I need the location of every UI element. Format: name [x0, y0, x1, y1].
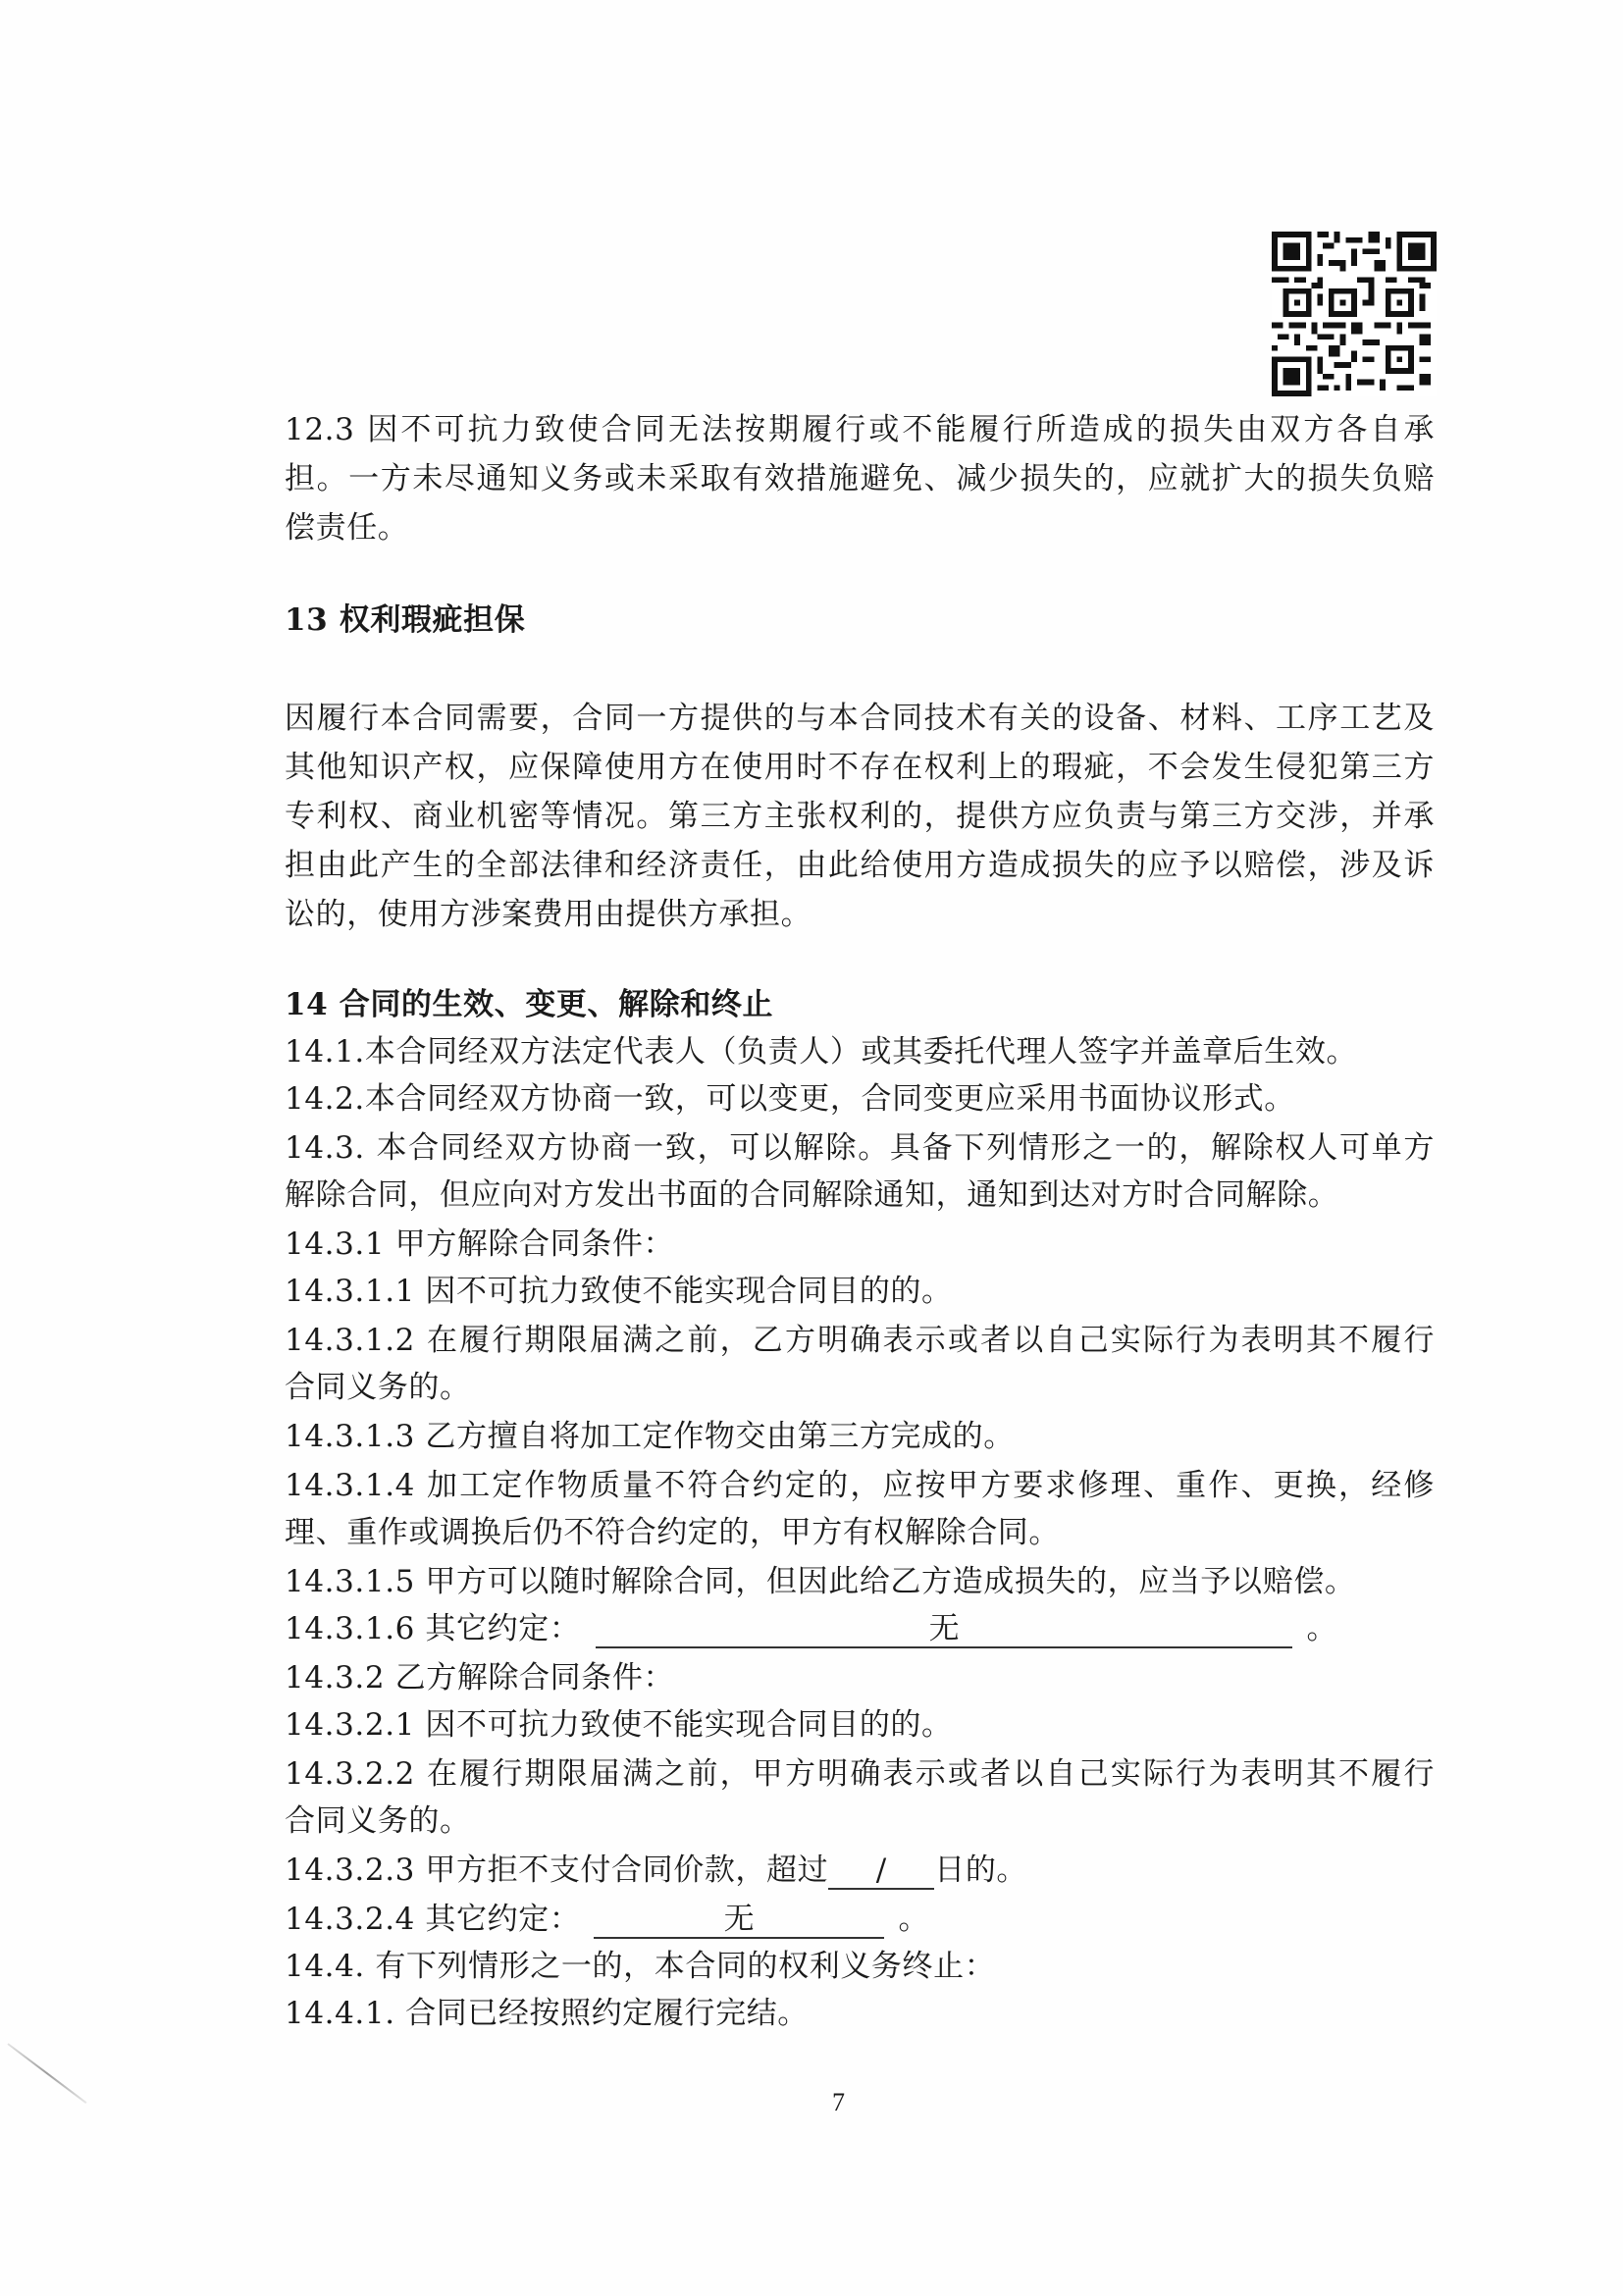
clause-14-3-1-4-line-1: 14.3.1.4 加工定作物质量不符合约定的，应按甲方要求修理、重作、更换，经修: [285, 1466, 1435, 1505]
section-14-heading: 14 合同的生效、变更、解除和终止: [285, 985, 773, 1024]
clause-12-3-line-2: 担。一方未尽通知义务或未采取有效措施避免、减少损失的，应就扩大的损失负赔: [285, 459, 1435, 498]
clause-14-3-line-1: 14.3. 本合同经双方协商一致，可以解除。具备下列情形之一的，解除权人可单方: [285, 1128, 1435, 1168]
section-13-line-2: 其他知识产权，应保障使用方在使用时不存在权利上的瑕疵，不会发生侵犯第三方: [285, 748, 1435, 787]
other-terms-party-a-field[interactable]: 无: [596, 1611, 1292, 1648]
section-13-line-1: 因履行本合同需要，合同一方提供的与本合同技术有关的设备、材料、工序工艺及: [285, 699, 1435, 738]
clause-14-1: 14.1.本合同经双方法定代表人（负责人）或其委托代理人签字并盖章后生效。: [285, 1032, 1357, 1071]
clause-14-3-2-4: 14.3.2.4 其它约定：无。: [285, 1900, 929, 1939]
section-13-line-4: 担由此产生的全部法律和经济责任，由此给使用方造成损失的应予以赔偿，涉及诉: [285, 846, 1435, 885]
clause-14-3-2-4-end: 。: [898, 1902, 929, 1937]
clause-14-3-2: 14.3.2 乙方解除合同条件：: [285, 1658, 674, 1697]
clause-14-3-2-3: 14.3.2.3 甲方拒不支付合同价款，超过/日的。: [285, 1851, 1027, 1890]
clause-14-3-2-4-label: 14.3.2.4 其它约定：: [285, 1902, 580, 1937]
page-number: 7: [832, 2088, 845, 2117]
clause-14-3-1-6: 14.3.1.6 其它约定：无。: [285, 1609, 1337, 1648]
clause-14-3-1: 14.3.1 甲方解除合同条件：: [285, 1225, 674, 1264]
section-13-line-3: 专利权、商业机密等情况。第三方主张权利的，提供方应负责与第三方交涉，并承: [285, 797, 1435, 836]
clause-14-3-2-1: 14.3.2.1 因不可抗力致使不能实现合同目的的。: [285, 1705, 953, 1745]
clause-12-3-line-1: 12.3 因不可抗力致使合同无法按期履行或不能履行所造成的损失由双方各自承: [285, 410, 1435, 449]
clause-14-3-2-2-line-1: 14.3.2.2 在履行期限届满之前，甲方明确表示或者以自己实际行为表明其不履行: [285, 1754, 1435, 1794]
clause-14-2: 14.2.本合同经双方协商一致，可以变更，合同变更应采用书面协议形式。: [285, 1079, 1295, 1119]
qr-code-icon: [1272, 232, 1437, 396]
clause-14-3-1-4-line-2: 理、重作或调换后仍不符合约定的，甲方有权解除合同。: [285, 1513, 1060, 1552]
clause-14-3-1-3: 14.3.1.3 乙方擅自将加工定作物交由第三方完成的。: [285, 1417, 1015, 1456]
section-13-heading: 13 权利瑕疵担保: [285, 600, 525, 640]
clause-14-4: 14.4. 有下列情形之一的，本合同的权利义务终止：: [285, 1947, 995, 1986]
clause-14-3-1-6-label: 14.3.1.6 其它约定：: [285, 1611, 580, 1646]
clause-14-3-2-3-end: 日的。: [934, 1852, 1027, 1888]
clause-14-3-1-2-line-1: 14.3.1.2 在履行期限届满之前，乙方明确表示或者以自己实际行为表明其不履行: [285, 1321, 1435, 1360]
document-page: 12.3 因不可抗力致使合同无法按期履行或不能履行所造成的损失由双方各自承 担。…: [0, 0, 1623, 2296]
clause-14-3-1-6-end: 。: [1306, 1611, 1337, 1646]
clause-14-3-2-2-line-2: 合同义务的。: [285, 1801, 471, 1841]
other-terms-party-b-field[interactable]: 无: [594, 1902, 884, 1939]
clause-14-3-1-2-line-2: 合同义务的。: [285, 1368, 471, 1407]
clause-14-3-2-3-label: 14.3.2.3 甲方拒不支付合同价款，超过: [285, 1852, 828, 1888]
clause-14-3-1-1: 14.3.1.1 因不可抗力致使不能实现合同目的的。: [285, 1272, 953, 1311]
clause-14-4-1: 14.4.1. 合同已经按照约定履行完结。: [285, 1994, 809, 2033]
scan-artifact-line: [7, 2043, 86, 2104]
clause-12-3-line-3: 偿责任。: [285, 508, 408, 548]
section-13-line-5: 讼的，使用方涉案费用由提供方承担。: [285, 895, 811, 934]
overdue-days-field[interactable]: /: [828, 1852, 934, 1890]
clause-14-3-line-2: 解除合同，但应向对方发出书面的合同解除通知，通知到达对方时合同解除。: [285, 1175, 1338, 1215]
clause-14-3-1-5: 14.3.1.5 甲方可以随时解除合同，但因此给乙方造成损失的，应当予以赔偿。: [285, 1562, 1355, 1601]
